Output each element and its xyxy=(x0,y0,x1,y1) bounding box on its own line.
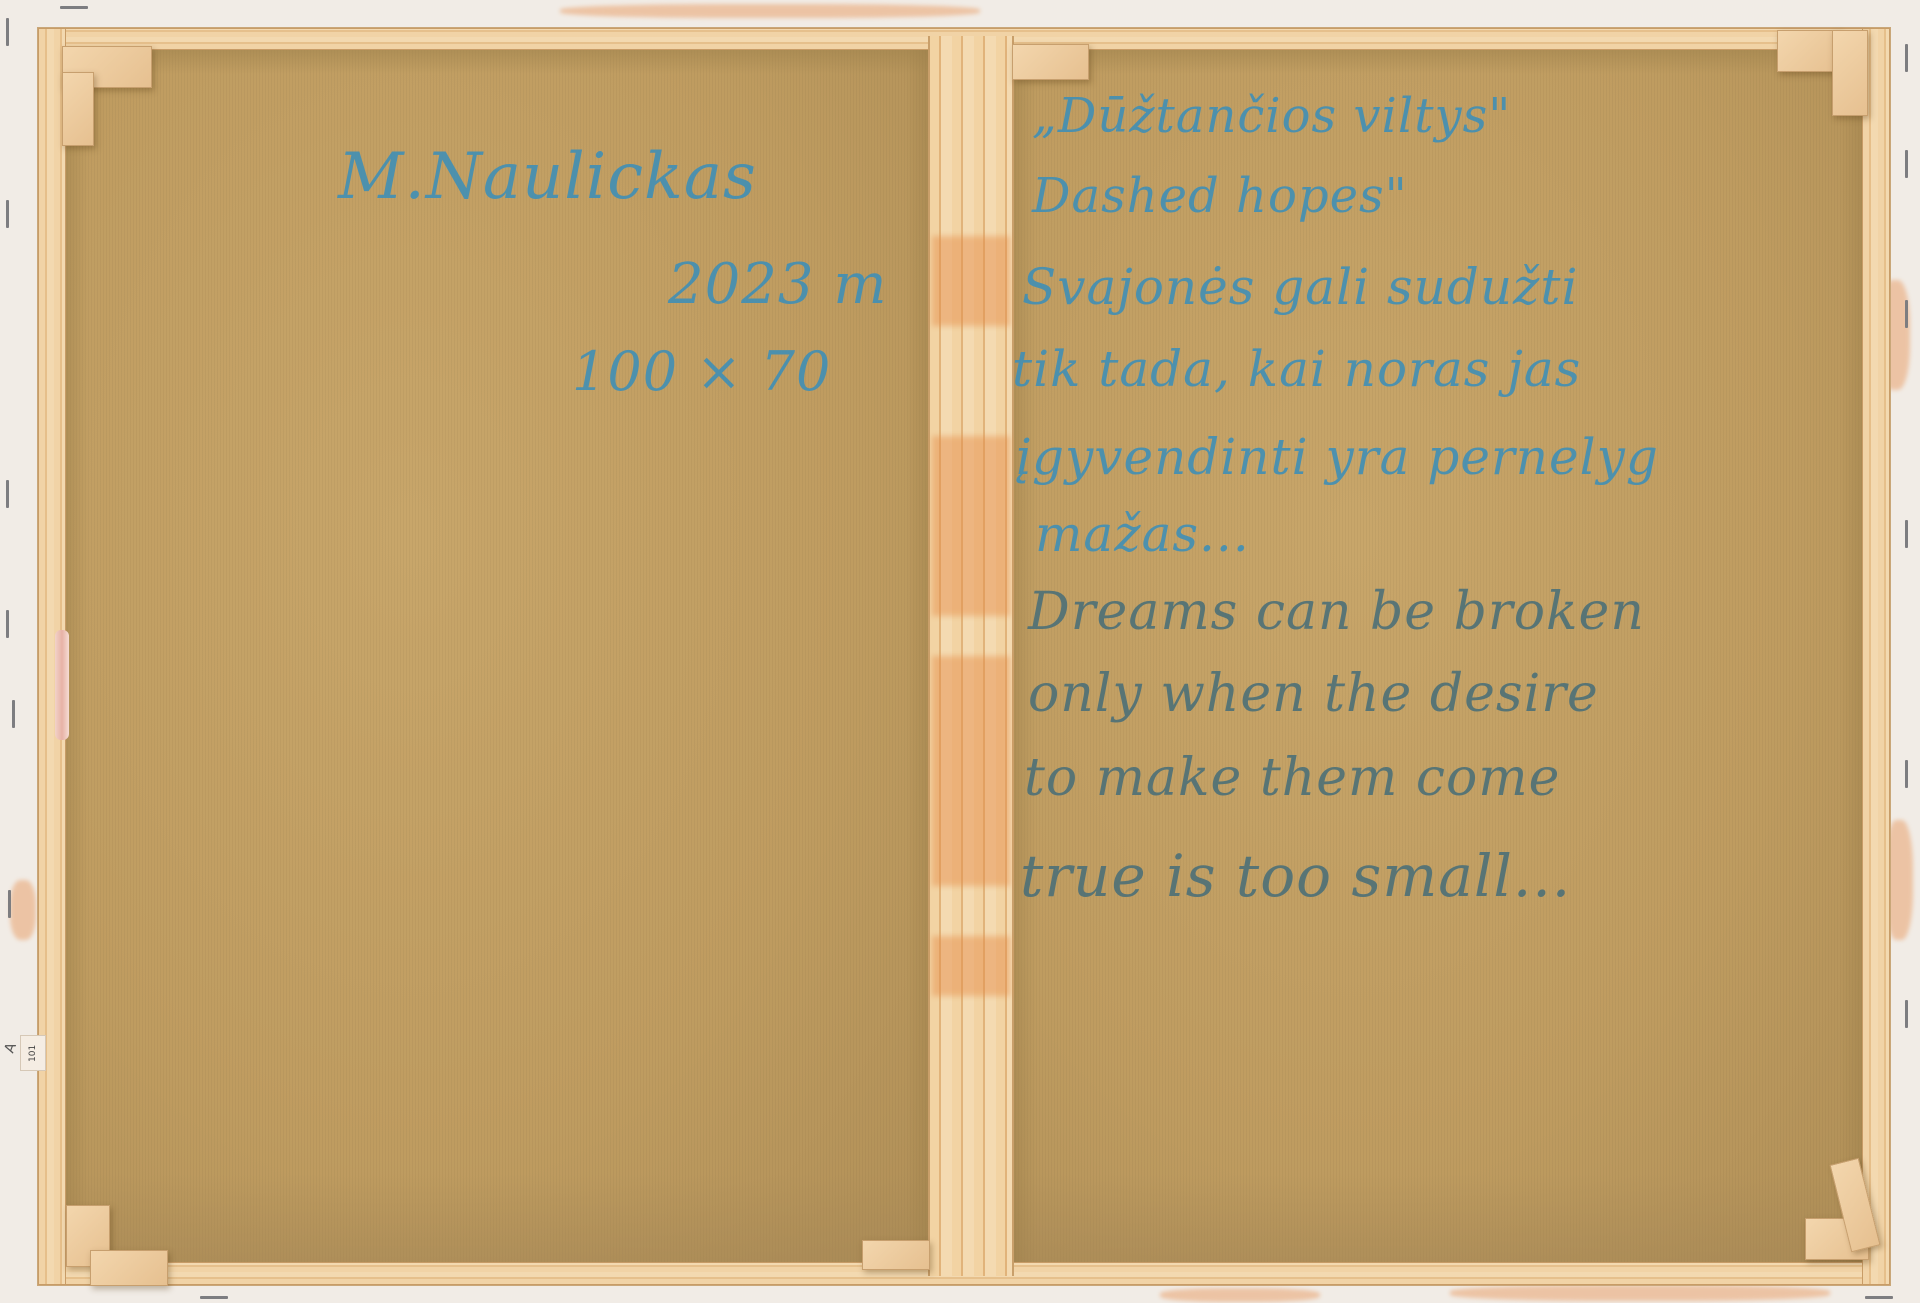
orange-paint-stain xyxy=(932,936,1010,996)
staple xyxy=(12,700,15,728)
staple xyxy=(1905,300,1908,328)
text-en-line-3: to make them come xyxy=(1024,748,1560,808)
edge-label-tag: 101 xyxy=(20,1035,46,1071)
corner-wedge-top-left-vertical xyxy=(62,72,94,146)
text-lt-line-2: tik tada, kai noras jas xyxy=(1012,340,1581,398)
year-inscription: 2023 m xyxy=(668,252,887,317)
corner-wedge-top-right-vertical xyxy=(1832,30,1868,116)
orange-paint-stain xyxy=(932,236,1010,326)
staple xyxy=(6,480,9,508)
staple xyxy=(1905,760,1908,788)
shadow xyxy=(1012,48,1036,1264)
text-en-line-1: Dreams can be broken xyxy=(1028,582,1645,642)
staple xyxy=(6,200,9,228)
text-en-line-4: true is too small... xyxy=(1020,842,1571,910)
dimensions-inscription: 100 × 70 xyxy=(572,340,831,403)
title-english: Dashed hopes" xyxy=(1032,168,1408,224)
canvas-panel-right xyxy=(1012,48,1864,1264)
shadow xyxy=(1012,48,1864,74)
staple xyxy=(1905,520,1908,548)
shadow xyxy=(1012,1174,1864,1264)
staple xyxy=(6,18,9,46)
orange-paint-stain xyxy=(932,436,1010,616)
shadow xyxy=(906,48,930,1264)
orange-paint-stain xyxy=(932,656,1010,886)
text-lt-line-4: mažas... xyxy=(1035,505,1250,563)
staple xyxy=(8,890,11,918)
stretcher-bar-center xyxy=(928,36,1014,1276)
staple xyxy=(1865,1296,1893,1299)
staple xyxy=(6,610,9,638)
staple xyxy=(1905,1000,1908,1028)
staple xyxy=(1905,44,1908,72)
title-lithuanian: „Dūžtančios viltys" xyxy=(1032,88,1511,144)
shadow xyxy=(64,48,930,74)
paint-smear xyxy=(560,4,980,18)
corner-wedge-bottom-center xyxy=(862,1240,930,1270)
paint-smear xyxy=(1450,1285,1830,1301)
stretcher-bar-right xyxy=(1862,28,1890,1285)
paint-smear xyxy=(10,880,36,940)
shadow xyxy=(1840,48,1864,1264)
staple xyxy=(60,6,88,9)
text-en-line-2: only when the desire xyxy=(1028,664,1599,724)
staple xyxy=(1905,150,1908,178)
staple xyxy=(200,1296,228,1299)
text-lt-line-3: įgyvendinti yra pernelyg xyxy=(1015,428,1659,486)
canvas-panel-left xyxy=(64,48,930,1264)
ribbon-tie xyxy=(55,630,69,740)
paint-smear xyxy=(1160,1288,1320,1302)
corner-wedge-bottom-left-horizontal xyxy=(90,1250,168,1286)
corner-wedge-top-center xyxy=(1012,44,1089,80)
text-lt-line-1: Svajonės gali sudužti xyxy=(1022,258,1578,316)
artist-signature: M.Naulickas xyxy=(338,140,757,214)
shadow xyxy=(64,1174,930,1264)
